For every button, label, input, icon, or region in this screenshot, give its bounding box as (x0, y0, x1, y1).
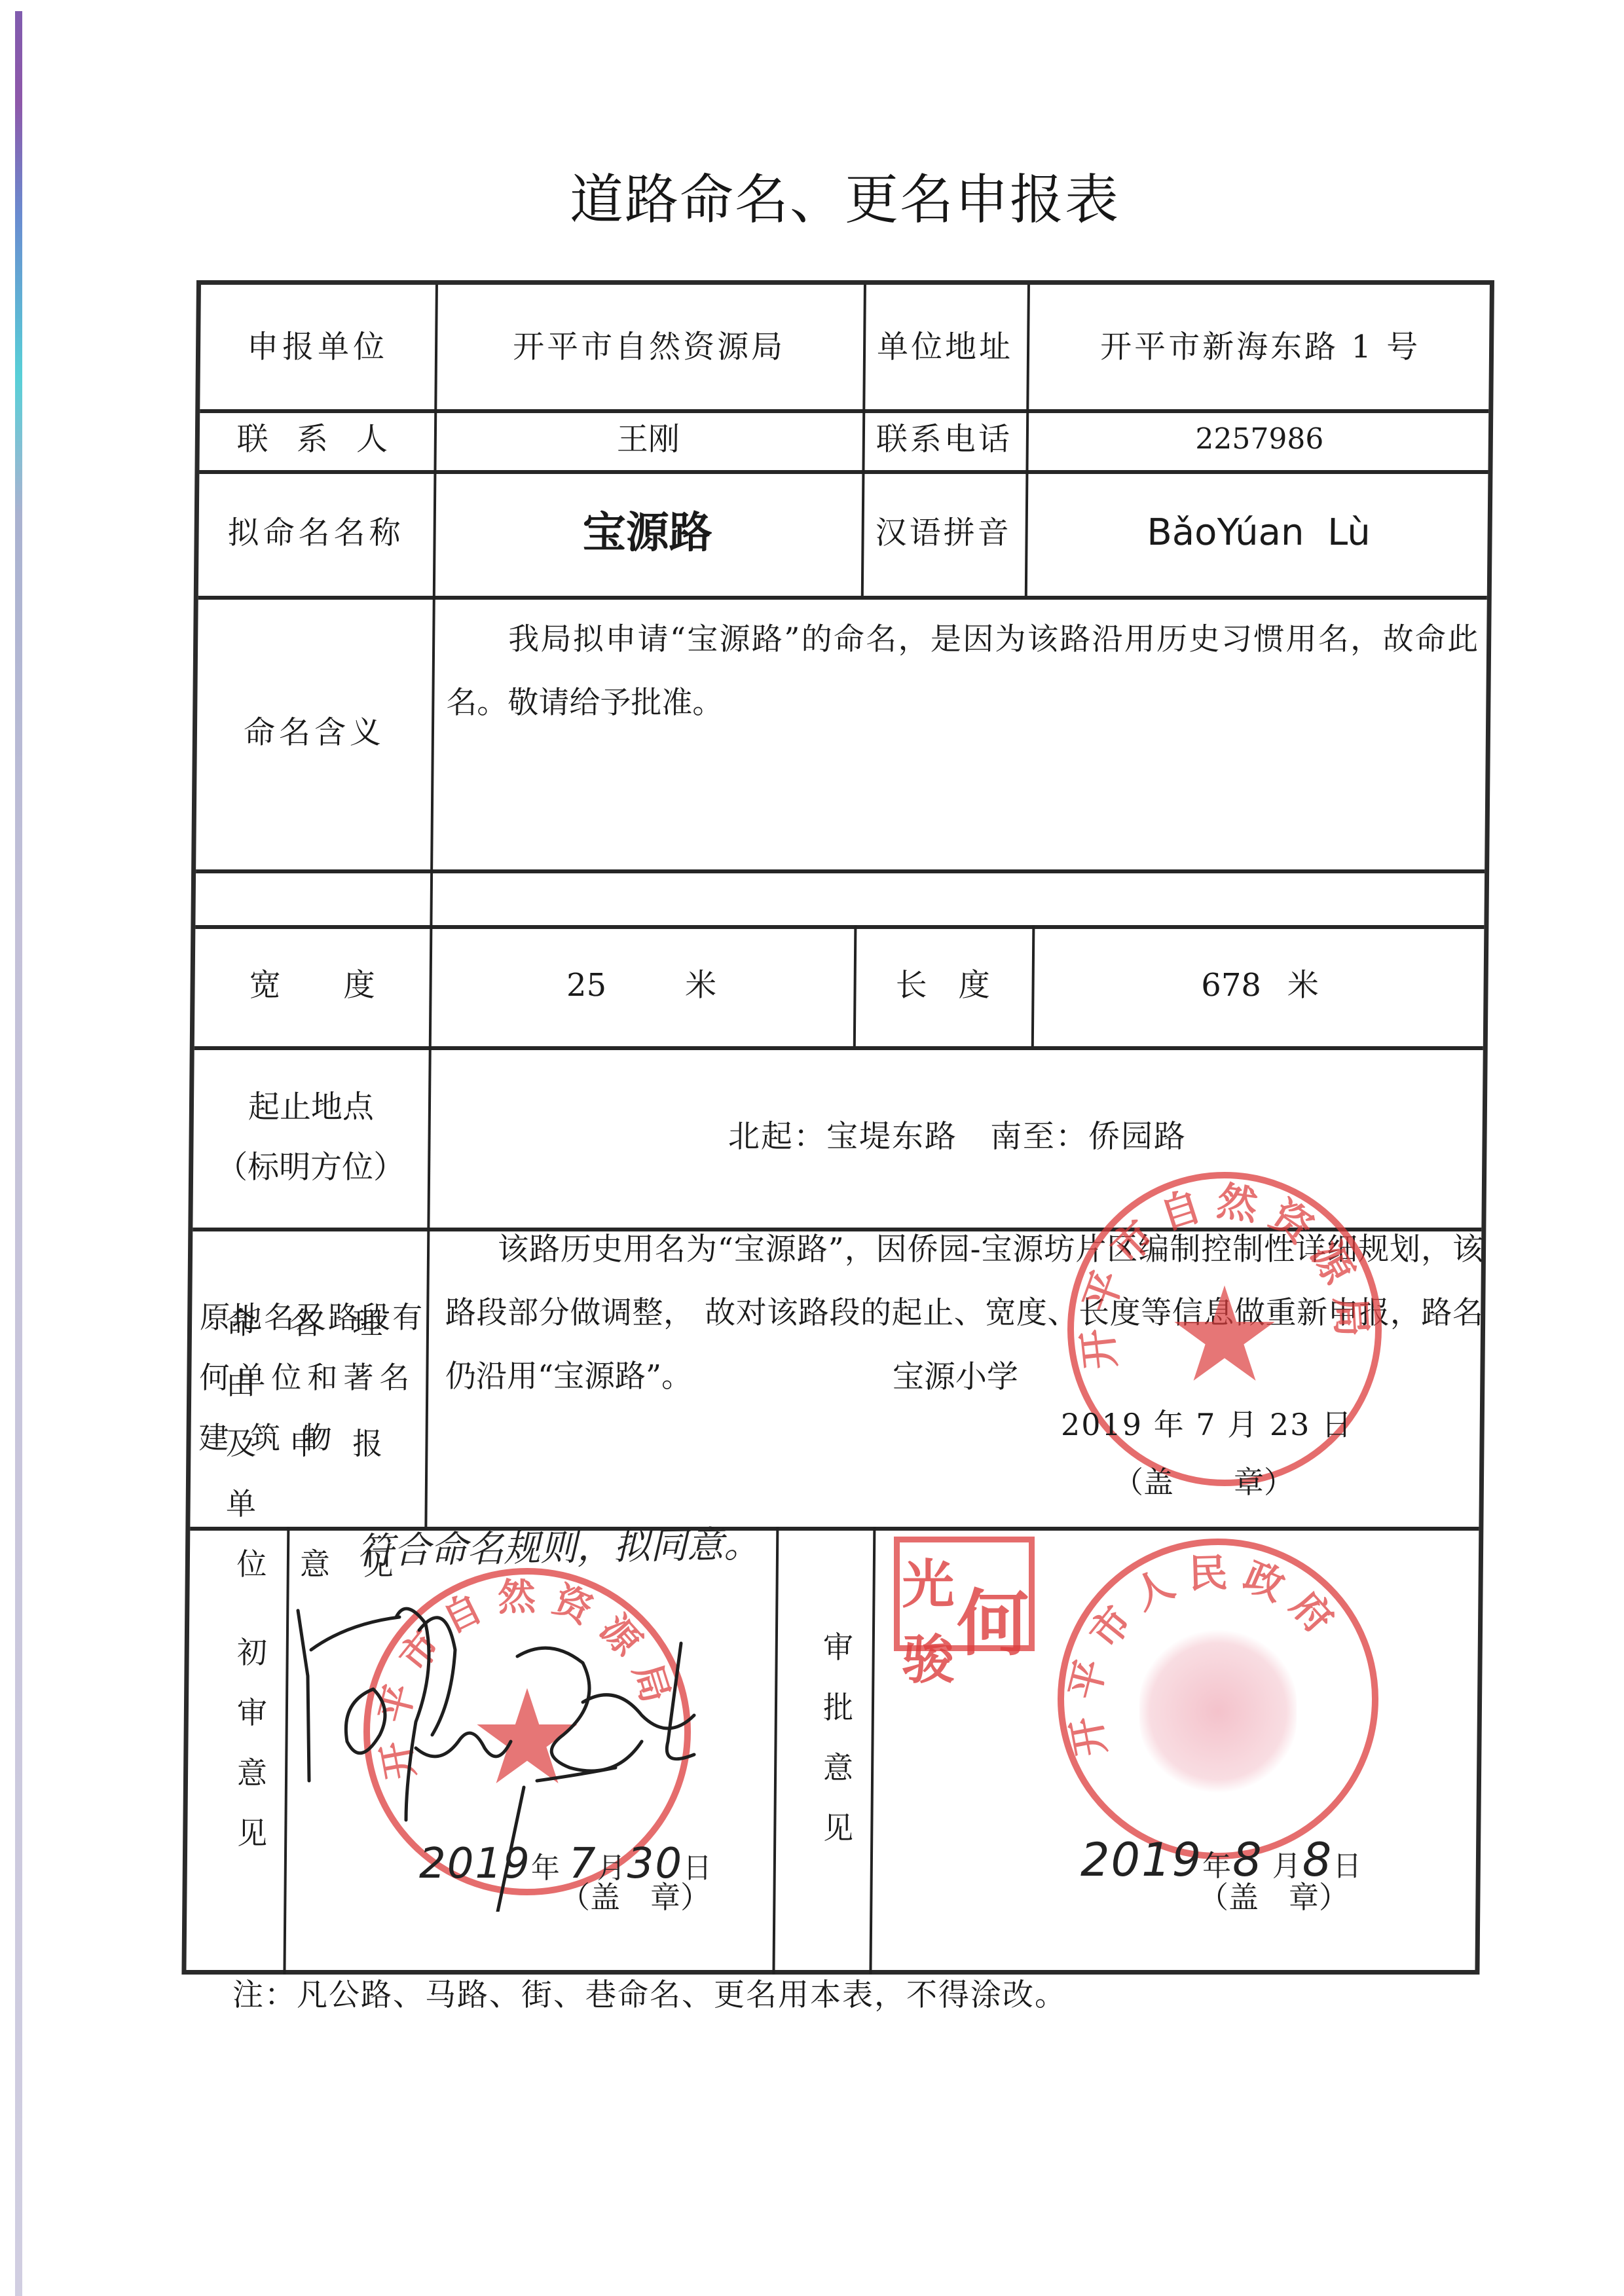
approval-seal-note: （盖 章） (1198, 1874, 1349, 1917)
row-divider (196, 869, 1485, 873)
endpoints-label: 起止地点 （标明方位） (193, 1046, 428, 1228)
column-divider (772, 1527, 779, 1975)
pinyin-value: BǎoYúan Lù (1025, 470, 1493, 596)
width-value: 25 (566, 960, 607, 1011)
label-char: 见 (823, 1798, 853, 1858)
footnote: 注：凡公路、马路、街、巷命名、更名用本表，不得涂改。 (232, 1971, 1067, 2014)
width-field: 25 米 (429, 925, 855, 1046)
label-char: 审 (237, 1683, 267, 1743)
phone-label: 联系电话 (862, 409, 1026, 470)
applicant-value: 开平市自然资源局 (434, 285, 864, 409)
label-char: 初 (237, 1622, 267, 1683)
reason-label-line2: 及 申 报 单 (226, 1413, 416, 1534)
address-value: 开平市新海东路 1 号 (1026, 285, 1494, 409)
meaning-label: 命名含义 (196, 596, 433, 869)
length-label: 长 度 (853, 925, 1033, 1046)
label-char: 意 (237, 1743, 267, 1803)
phone-value: 2257986 (1025, 409, 1493, 470)
seal-char: 光 (900, 1542, 957, 1618)
length-field: 678 米 (1031, 925, 1489, 1046)
reason-date: 2019 年 7 月 23 日 (1061, 1401, 1353, 1444)
reason-label-line1: 命 名 理 由 (226, 1293, 416, 1413)
proposed-name-value: 宝源路 (433, 470, 862, 596)
seal-char: 何 (957, 1566, 1029, 1669)
endpoints-value: 北起：宝堤东路 南至：侨园路 (427, 1046, 1487, 1228)
contact-label: 联 系 人 (199, 409, 434, 470)
label-char: 见 (237, 1803, 267, 1863)
width-label: 宽 度 (194, 925, 430, 1046)
length-unit: 米 (1287, 960, 1319, 1011)
label-char: 审 (823, 1617, 853, 1677)
endpoints-label-line2: （标明方位） (216, 1137, 405, 1197)
length-value: 678 (1201, 960, 1261, 1011)
preliminary-review-label: 初 审 意 见 (203, 1622, 301, 1863)
preliminary-review-comment: 符合命名规则，拟同意。 (356, 1516, 760, 1575)
reason-text: 该路历史用名为“宝源路”，因侨园-宝源坊片区编制控制性详细规划，该路段部分做调整… (445, 1218, 1483, 1408)
contact-value: 王刚 (434, 409, 862, 470)
approver-name-seal: 何 光 骏 (894, 1537, 1035, 1651)
approval-label: 审 批 意 见 (789, 1617, 887, 1858)
preliminary-review-seal-note: （盖 章） (560, 1874, 710, 1917)
date-year: 2019 (419, 1840, 531, 1888)
label-char: 意 (823, 1738, 853, 1798)
seal-char: 骏 (900, 1618, 957, 1693)
address-label: 单位地址 (862, 285, 1027, 409)
form-title: 道路命名、更名申报表 (0, 157, 1624, 234)
proposed-name-label: 拟命名名称 (198, 470, 434, 596)
meaning-text: 我局拟申请“宝源路”的命名，是因为该路沿用历史习惯用名，故命此名。敬请给予批准。 (446, 608, 1479, 735)
applicant-label: 申报单位 (200, 285, 435, 409)
scan-edge-strip (15, 11, 22, 2296)
reason-seal-note: （盖 章） (1113, 1459, 1294, 1502)
label-char: 批 (823, 1677, 853, 1738)
pinyin-label: 汉语拼音 (861, 470, 1026, 596)
width-unit: 米 (685, 960, 717, 1011)
date-year-char: 年 (531, 1851, 561, 1885)
date-year: 2019 (1080, 1833, 1202, 1887)
endpoints-label-line1: 起止地点 (248, 1077, 375, 1137)
